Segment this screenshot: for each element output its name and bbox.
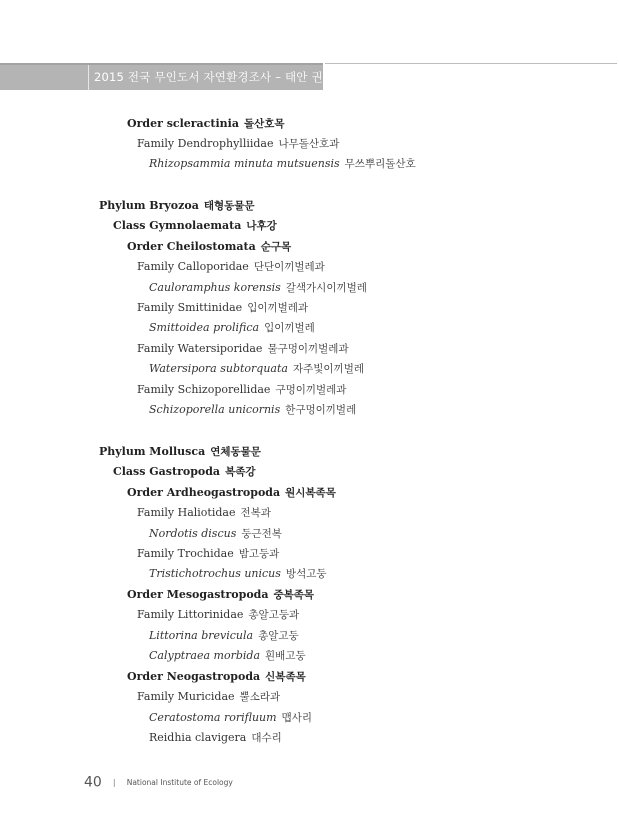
taxon-scientific-name: Class Gymnolaemata bbox=[113, 219, 241, 232]
taxon-scientific-name: Order Neogastropoda bbox=[127, 670, 260, 683]
taxon-species: Watersipora subtorquata자주빛이끼벌레 bbox=[149, 362, 364, 376]
taxon-korean-name: 맵사리 bbox=[282, 712, 312, 724]
taxon-korean-name: 복족강 bbox=[225, 466, 255, 478]
taxon-scientific-name: Rhizopsammia minuta mutsuensis bbox=[149, 157, 340, 170]
taxon-species: Reidhia clavigera대수리 bbox=[149, 731, 282, 745]
taxon-species: Schizoporella unicornis한구멍이끼벌레 bbox=[149, 403, 356, 417]
taxon-korean-name: 자주빛이끼벌레 bbox=[293, 363, 364, 375]
taxon-scientific-name: Family Watersiporidae bbox=[137, 342, 262, 355]
taxon-korean-name: 중복족목 bbox=[273, 589, 314, 601]
taxon-family: Family Littorinidae총알고둥과 bbox=[137, 608, 299, 622]
taxon-species: Calyptraea morbida흰배고둥 bbox=[149, 649, 306, 663]
taxon-korean-name: 원시복족목 bbox=[285, 487, 336, 499]
taxon-family: Family Watersiporidae물구멍이끼벌레과 bbox=[137, 342, 349, 356]
taxon-class: Class Gastropoda복족강 bbox=[113, 465, 256, 479]
taxon-korean-name: 방석고둥 bbox=[286, 568, 327, 580]
taxon-korean-name: 뿔소라과 bbox=[240, 691, 281, 703]
taxon-species: Smittoidea prolifica입이끼벌레 bbox=[149, 321, 315, 335]
taxon-scientific-name: Smittoidea prolifica bbox=[149, 321, 259, 334]
taxon-korean-name: 순구목 bbox=[261, 241, 291, 253]
taxon-species: Nordotis discus둥근전복 bbox=[149, 527, 282, 541]
taxon-korean-name: 입이끼벌레과 bbox=[247, 302, 308, 314]
taxon-species: Rhizopsammia minuta mutsuensis무쓰뿌리돌산호 bbox=[149, 157, 416, 171]
taxon-scientific-name: Watersipora subtorquata bbox=[149, 362, 288, 375]
taxon-scientific-name: Family Dendrophylliidae bbox=[137, 137, 273, 150]
taxon-scientific-name: Littorina brevicula bbox=[149, 629, 253, 642]
running-header-band: 2015 전국 무인도서 자연환경조사 – 태안 권역 bbox=[0, 63, 323, 90]
running-header-title: 2015 전국 무인도서 자연환경조사 – 태안 권역 bbox=[88, 65, 323, 90]
taxon-korean-name: 단단이끼벌레과 bbox=[254, 261, 325, 273]
taxon-order: Order scleractinia돌산호목 bbox=[127, 117, 285, 131]
taxon-korean-name: 갈색가시이끼벌레 bbox=[286, 282, 367, 294]
taxon-scientific-name: Tristichotrochus unicus bbox=[149, 567, 281, 580]
taxon-scientific-name: Calyptraea morbida bbox=[149, 649, 260, 662]
taxon-korean-name: 나후강 bbox=[246, 220, 276, 232]
taxon-family: Family Trochidae밤고둥과 bbox=[137, 547, 279, 561]
taxon-korean-name: 흰배고둥 bbox=[265, 650, 306, 662]
taxon-korean-name: 전복과 bbox=[240, 507, 270, 519]
taxon-korean-name: 나무돌산호과 bbox=[278, 138, 339, 150]
taxon-species: Ceratostoma rorifluum맵사리 bbox=[149, 711, 312, 725]
taxon-phylum: Phylum Mollusca연체동물문 bbox=[99, 445, 261, 459]
taxon-korean-name: 한구멍이끼벌레 bbox=[285, 404, 356, 416]
page-footer: 40 | National Institute of Ecology bbox=[84, 772, 233, 791]
taxon-order: Order Cheilostomata순구목 bbox=[127, 240, 291, 254]
taxon-scientific-name: Cauloramphus korensis bbox=[149, 281, 281, 294]
taxon-scientific-name: Nordotis discus bbox=[149, 527, 236, 540]
taxon-species: Littorina brevicula총알고둥 bbox=[149, 629, 299, 643]
taxon-order: Order Mesogastropoda중복족목 bbox=[127, 588, 314, 602]
taxon-scientific-name: Order Ardheogastropoda bbox=[127, 486, 280, 499]
taxon-order: Order Ardheogastropoda원시복족목 bbox=[127, 486, 336, 500]
taxon-scientific-name: Family Haliotidae bbox=[137, 506, 235, 519]
taxon-scientific-name: Phylum Mollusca bbox=[99, 445, 205, 458]
taxon-scientific-name: Family Calloporidae bbox=[137, 260, 249, 273]
taxon-korean-name: 총알고둥 bbox=[258, 630, 299, 642]
taxon-scientific-name: Reidhia clavigera bbox=[149, 731, 246, 744]
taxon-korean-name: 물구멍이끼벌레과 bbox=[267, 343, 348, 355]
taxon-scientific-name: Family Muricidae bbox=[137, 690, 235, 703]
footer-institute: National Institute of Ecology bbox=[127, 778, 233, 787]
taxon-class: Class Gymnolaemata나후강 bbox=[113, 219, 277, 233]
taxon-korean-name: 구멍이끼벌레과 bbox=[275, 384, 346, 396]
taxon-species: Tristichotrochus unicus방석고둥 bbox=[149, 567, 327, 581]
taxon-korean-name: 총알고둥과 bbox=[248, 609, 299, 621]
taxon-scientific-name: Phylum Bryozoa bbox=[99, 199, 199, 212]
taxon-family: Family Muricidae뿔소라과 bbox=[137, 690, 280, 704]
taxon-korean-name: 무쓰뿌리돌산호 bbox=[345, 158, 416, 170]
taxon-phylum: Phylum Bryozoa태형동물문 bbox=[99, 199, 255, 213]
taxon-korean-name: 연체동물문 bbox=[210, 446, 261, 458]
taxon-scientific-name: Order Cheilostomata bbox=[127, 240, 256, 253]
taxon-korean-name: 밤고둥과 bbox=[239, 548, 280, 560]
taxon-species: Cauloramphus korensis갈색가시이끼벌레 bbox=[149, 281, 367, 295]
taxon-korean-name: 둥근전복 bbox=[241, 528, 282, 540]
taxon-family: Family Schizoporellidae구멍이끼벌레과 bbox=[137, 383, 346, 397]
taxon-korean-name: 대수리 bbox=[251, 732, 281, 744]
taxon-order: Order Neogastropoda신복족목 bbox=[127, 670, 306, 684]
taxon-scientific-name: Schizoporella unicornis bbox=[149, 403, 280, 416]
taxon-family: Family Haliotidae전복과 bbox=[137, 506, 271, 520]
taxon-family: Family Calloporidae단단이끼벌레과 bbox=[137, 260, 325, 274]
taxon-korean-name: 입이끼벌레 bbox=[264, 322, 315, 334]
header-rule bbox=[325, 63, 617, 64]
taxon-scientific-name: Family Schizoporellidae bbox=[137, 383, 270, 396]
taxon-scientific-name: Class Gastropoda bbox=[113, 465, 220, 478]
taxon-scientific-name: Family Smittinidae bbox=[137, 301, 242, 314]
page-number: 40 bbox=[84, 775, 102, 791]
taxon-korean-name: 신복족목 bbox=[265, 671, 306, 683]
taxon-scientific-name: Ceratostoma rorifluum bbox=[149, 711, 277, 724]
taxon-scientific-name: Family Trochidae bbox=[137, 547, 234, 560]
taxon-korean-name: 태형동물문 bbox=[204, 200, 255, 212]
taxon-family: Family Dendrophylliidae나무돌산호과 bbox=[137, 137, 339, 151]
taxon-korean-name: 돌산호목 bbox=[244, 118, 285, 130]
taxon-family: Family Smittinidae입이끼벌레과 bbox=[137, 301, 308, 315]
taxon-scientific-name: Family Littorinidae bbox=[137, 608, 243, 621]
footer-separator: | bbox=[113, 778, 116, 787]
taxon-scientific-name: Order scleractinia bbox=[127, 117, 239, 130]
taxon-scientific-name: Order Mesogastropoda bbox=[127, 588, 268, 601]
